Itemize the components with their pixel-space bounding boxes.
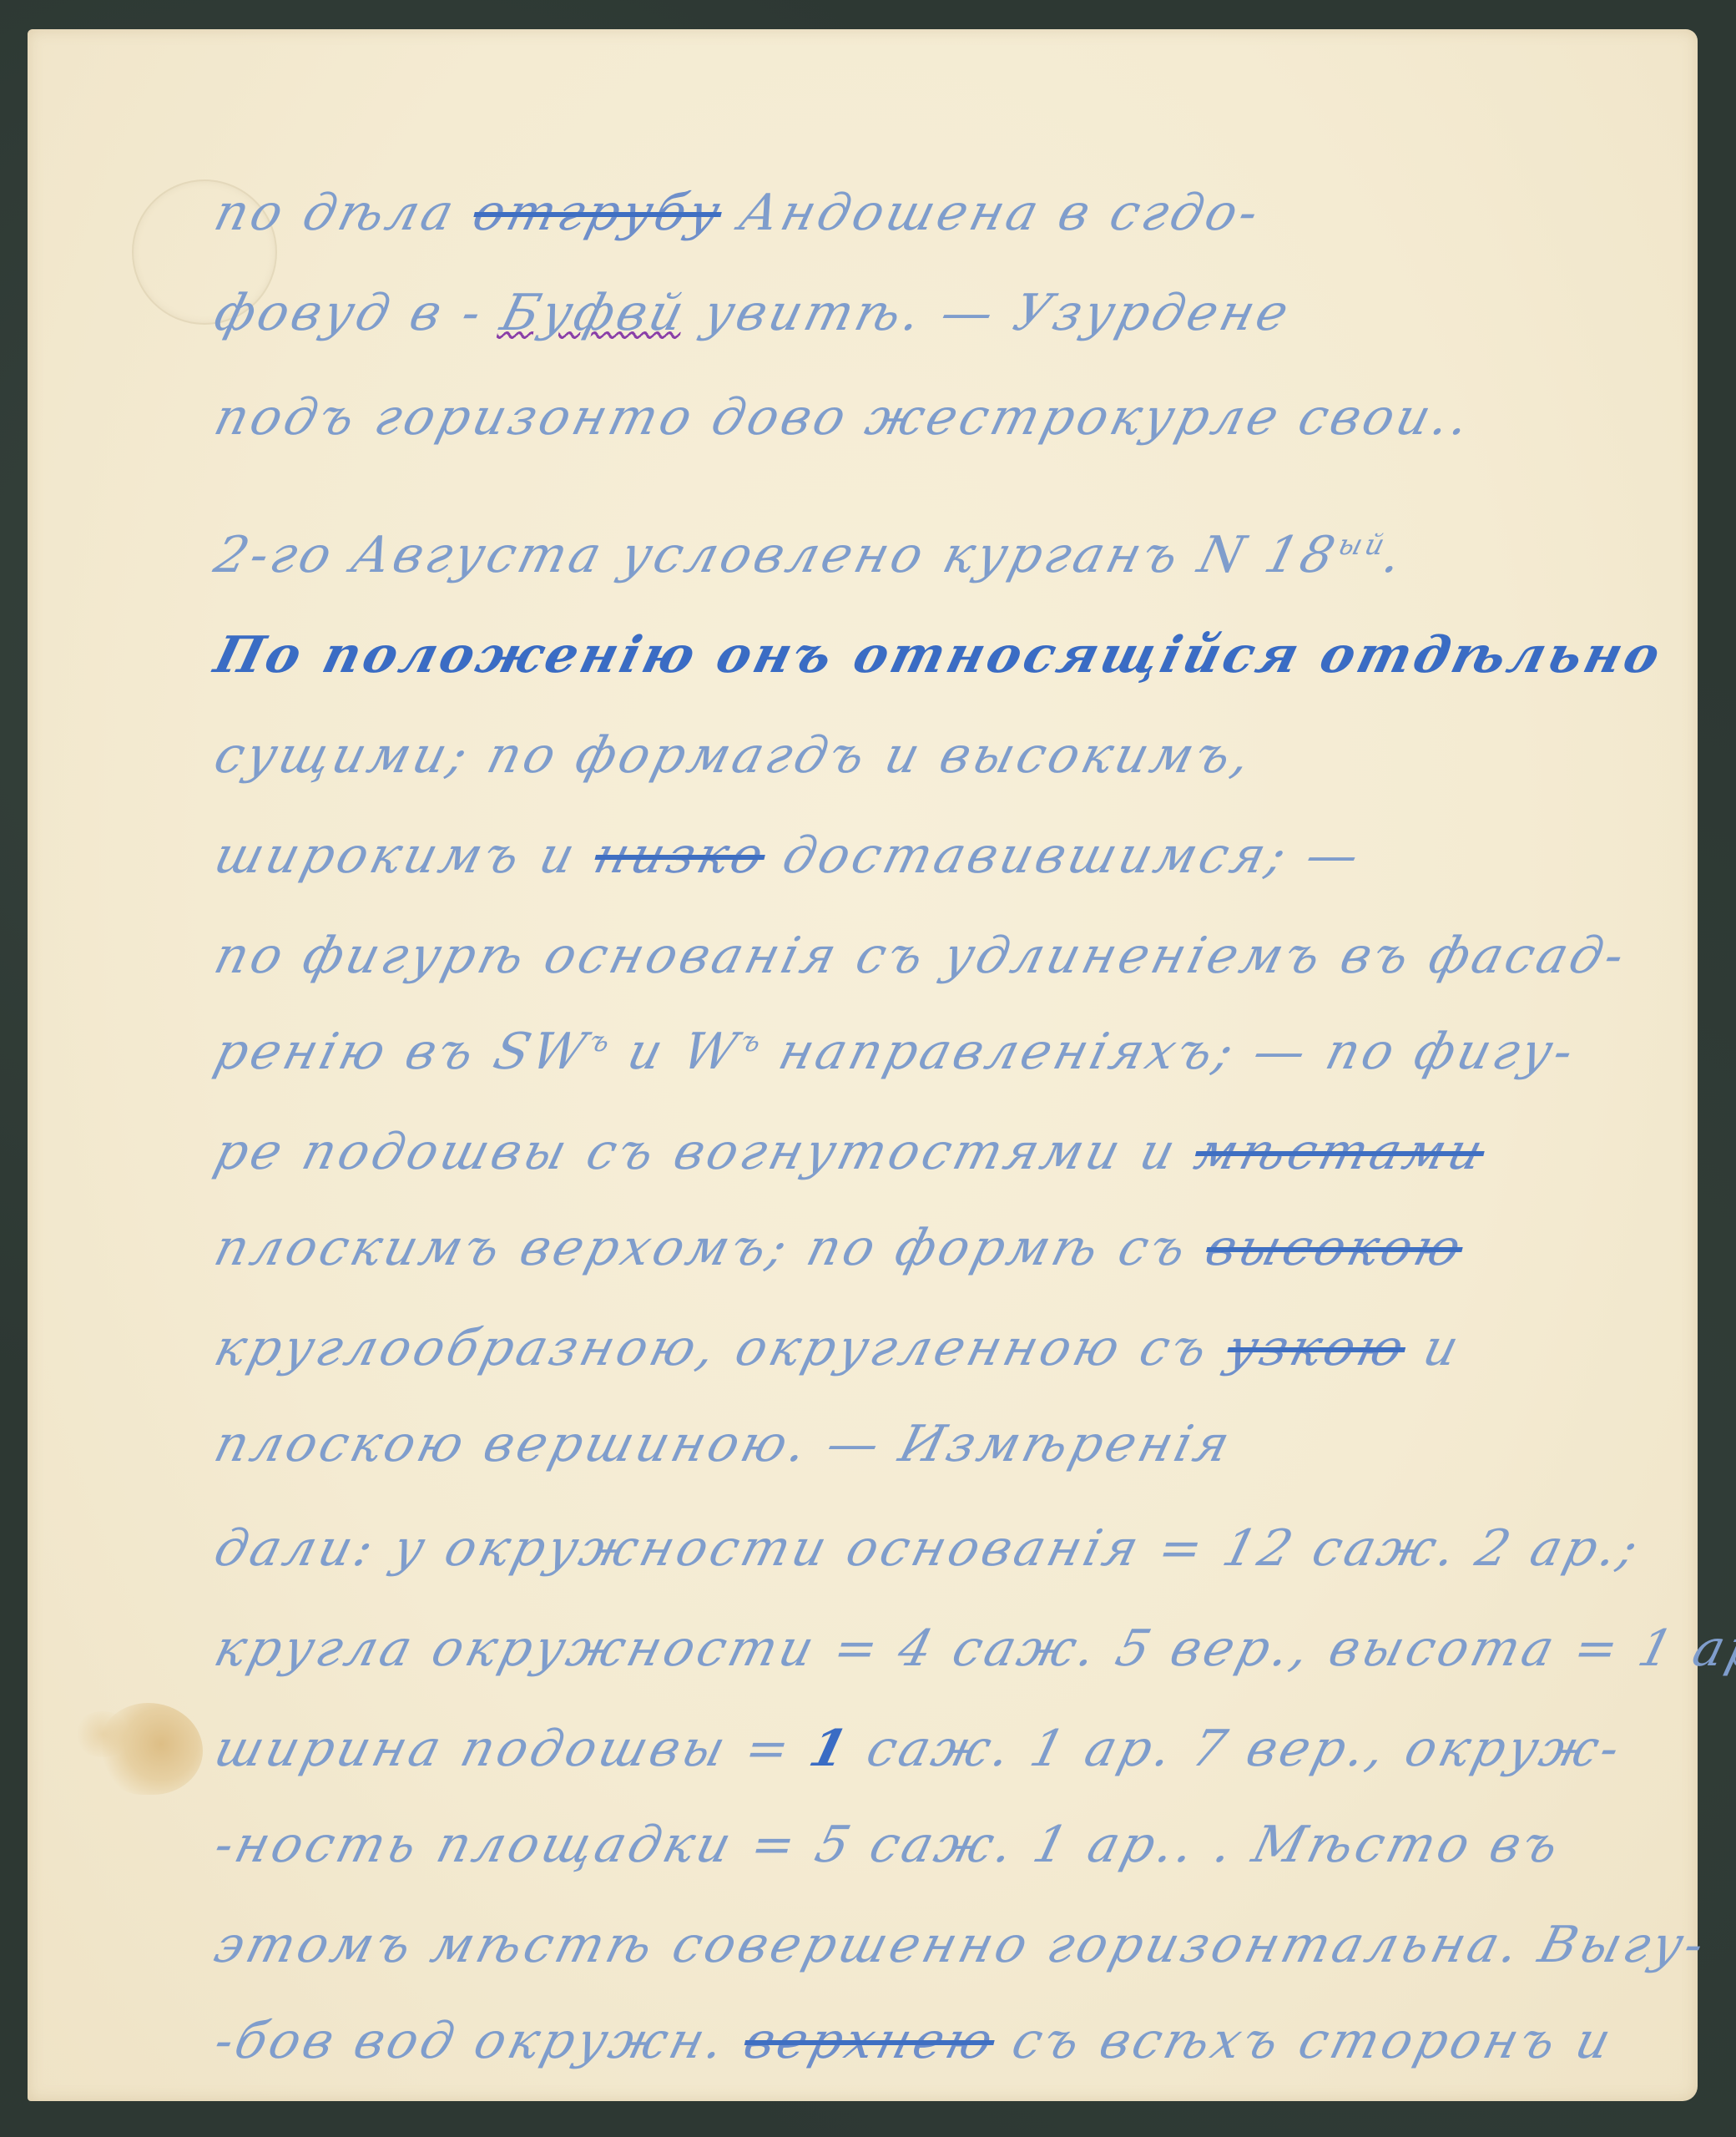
text-line-2: фовуд в - Буфвй увитѣ. — Узурдене — [209, 284, 1298, 342]
purple-marked-word: Буфвй — [495, 284, 693, 342]
line-text: фовуд в - — [209, 284, 491, 342]
text-line-5: По положенію онъ относящійся отдѣльно — [209, 626, 1669, 685]
line-text: ренію въ SW — [209, 1023, 595, 1081]
line-text: и W — [603, 1023, 746, 1081]
line-text: этомъ мѣстѣ совершенно горизонтальна. Вы… — [209, 1916, 1713, 1974]
text-line-11: плоскимъ верхомъ; по формѣ съ высокою — [209, 1219, 1470, 1277]
struck-word: верхнею — [738, 2012, 1002, 2070]
line-text: по дѣла — [209, 184, 462, 242]
struck-word: низко — [588, 826, 772, 885]
struck-word: узкою — [1221, 1319, 1413, 1377]
water-stain — [98, 1703, 203, 1795]
line-text: по фигурѣ основанія съ удлиненіемъ въ фа… — [209, 927, 1633, 985]
line-text: широкимъ и — [209, 826, 583, 885]
text-line-7: широкимъ и низко доставившимся; — — [209, 826, 1368, 885]
line-text: круглообразною, округленною съ — [209, 1319, 1216, 1377]
text-line-15: кругла окружности = 4 саж. 5 вер., высот… — [209, 1619, 1736, 1678]
line-text: По положенію онъ относящійся отдѣльно — [209, 626, 1669, 685]
line-text: -бов вод окружн. — [209, 2012, 734, 2070]
text-line-4: 2-го Августа условлено курганъ N 18ый. — [209, 526, 1411, 584]
text-line-1: по дѣла отгрубу Андошена в сгдо- — [209, 184, 1268, 242]
line-text: подъ горизонто дово жестрокурле свои.. — [209, 388, 1479, 447]
line-text: Андошена в сгдо- — [734, 184, 1268, 242]
text-line-12: круглообразною, округленною съ узкою и — [209, 1319, 1467, 1377]
text-line-3: подъ горизонто дово жестрокурле свои.. — [209, 388, 1479, 447]
text-line-6: сущими; по формагдъ и высокимъ, — [209, 726, 1259, 785]
line-text: ре подошвы съ вогнутостями и — [209, 1123, 1184, 1181]
line-text: направленіяхъ; — по фигу- — [754, 1023, 1582, 1081]
line-text: плоскимъ верхомъ; по формѣ съ — [209, 1219, 1195, 1277]
struck-word: высокою — [1199, 1219, 1470, 1277]
text-line-10: ре подошвы съ вогнутостями и мѣстами — [209, 1123, 1491, 1181]
line-text: 2-го Августа условлено курганъ N 18 — [209, 526, 1344, 584]
text-line-13: плоскою вершиною. — Измѣренія — [209, 1415, 1239, 1473]
superscript: ый — [1335, 528, 1391, 562]
text-line-16: ширина подошвы = 1 саж. 1 ар. 7 вер., ок… — [209, 1720, 1628, 1778]
measurement-line: ширина подошвы = — [209, 1720, 799, 1778]
line-text: сущими; по формагдъ и высокимъ, — [209, 726, 1259, 785]
measurement-line: кругла окружности = 4 саж. 5 вер., высот… — [209, 1619, 1736, 1678]
measurement-line: саж. 1 ар. 7 вер., окруж- — [842, 1720, 1629, 1778]
text-line-9: ренію въ SWъ и Wъ направленіяхъ; — по фи… — [209, 1023, 1582, 1081]
line-text: плоскою — [209, 1415, 473, 1473]
text-line-8: по фигурѣ основанія съ удлиненіемъ въ фа… — [209, 927, 1633, 985]
text-line-19: -бов вод окружн. верхнею съ всѣхъ сторон… — [209, 2012, 1620, 2070]
line-text: увитѣ. — Узурдене — [698, 284, 1298, 342]
text-line-17: -ность площадки = 5 саж. 1 ар.. . Мѣсто … — [209, 1816, 1567, 1874]
text-line-18: этомъ мѣстѣ совершенно горизонтальна. Вы… — [209, 1916, 1713, 1974]
measurement-line: дали: у окружности основанія = 12 саж. 2… — [209, 1519, 1647, 1578]
line-text: вершиною. — Измѣренія — [477, 1415, 1239, 1473]
struck-word: отгрубу — [467, 184, 729, 242]
measurement-line: -ность площадки = 5 саж. 1 ар.. . Мѣсто … — [209, 1816, 1567, 1874]
line-text: съ всѣхъ сторонъ и — [1007, 2012, 1620, 2070]
struck-word: мѣстами — [1188, 1123, 1491, 1181]
text-line-14: дали: у окружности основанія = 12 саж. 2… — [209, 1519, 1647, 1578]
line-text: доставившимся; — — [777, 826, 1368, 885]
